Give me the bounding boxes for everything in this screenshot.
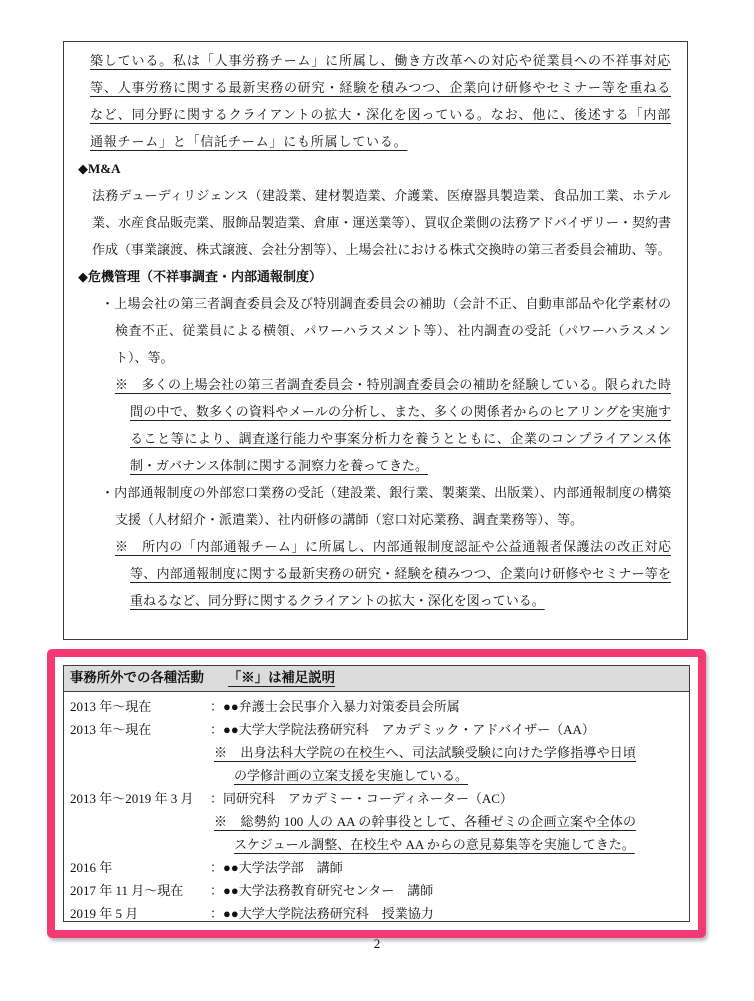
activity-row: 2013 年～現在 ：●●弁護士会民事介入暴力対策委員会所属 [64,695,689,718]
activity-row: 2013 年～現在 ：●●大学大学院法務研究科 アカデミック・アドバイザー（AA… [64,718,689,741]
continuation-paragraph: 築している。私は「人事労務チーム」に所属し、働き方改革への対応や従業員への不祥事… [90,47,671,155]
crisis-bullet-investigation: ・上場会社の第三者調査委員会及び特別調査委員会の補助（会計不正、自動車部品や化学… [78,290,671,371]
activities-header: 事務所外での各種活動「※」は補足説明 [64,666,689,692]
activity-period: 2013 年～現在 [70,718,210,741]
activity-description-text: ●●大学大学院法務研究科 授業協力 [223,906,434,921]
activity-period: 2013 年～2019 年 3 月 [70,787,210,810]
crisis-management-heading: ◆危機管理（不祥事調査・内部通報制度） [78,263,671,290]
mna-body: 法務デューディリジェンス（建設業、建材製造業、介護業、医療器具製造業、食品加工業… [92,182,671,263]
activities-header-note: 「※」は補足説明 [228,670,335,685]
activity-row: 2019 年 5 月 ：●●大学大学院法務研究科 授業協力 [64,902,689,922]
activity-period: 2019 年 5 月 [70,902,210,922]
activity-description-text: ●●大学法務教育研究センター 講師 [223,883,433,898]
activity-description: ：●●弁護士会民事介入暴力対策委員会所属 [210,695,689,718]
activity-description: ：●●大学法学部 講師 [210,856,689,879]
activity-description: ：●●大学法務教育研究センター 講師 [210,879,689,902]
activity-period: 2016 年 [70,856,210,879]
activity-row: 2017 年 11 月～現在 ：●●大学法務教育研究センター 講師 [64,879,689,902]
activity-description-text: 同研究科 アカデミー・コーディネーター（AC） [223,791,513,806]
activity-description-text: ●●大学法学部 講師 [223,860,343,875]
crisis-bullet-whistleblowing: ・内部通報制度の外部窓口業務の受託（建設業、銀行業、製薬業、出版業）、内部通報制… [78,479,671,533]
activity-separator: ： [210,883,223,898]
activity-period: 2017 年 11 月～現在 [70,879,210,902]
activity-note: ※ 出身法科大学院の在校生へ、司法試験受験に向けた学修指導や日頃の学修計画の立案… [210,741,636,787]
activity-description: ：同研究科 アカデミー・コーディネーター（AC） [210,787,689,810]
activity-row: 2013 年～2019 年 3 月 ：同研究科 アカデミー・コーディネーター（A… [64,787,689,810]
page-number: 2 [0,936,754,952]
activity-description-text: ●●大学大学院法務研究科 アカデミック・アドバイザー（AA） [223,722,595,737]
activities-box: 事務所外での各種活動「※」は補足説明 2013 年～現在 ：●●弁護士会民事介入… [63,665,690,922]
activity-description: ：●●大学大学院法務研究科 アカデミック・アドバイザー（AA） [210,718,689,741]
activity-row: 2016 年 ：●●大学法学部 講師 [64,856,689,879]
crisis-note-whistleblowing: ※ 所内の「内部通報チーム」に所属し、内部通報制度認証や公益通報者保護法の改正対… [78,533,671,614]
activity-separator: ： [210,860,223,875]
activity-description: ：●●大学大学院法務研究科 授業協力 [210,902,689,922]
practice-details-box: 築している。私は「人事労務チーム」に所属し、働き方改革への対応や従業員への不祥事… [63,41,688,640]
crisis-note-investigation: ※ 多くの上場会社の第三者調査委員会・特別調査委員会の補助を経験している。限られ… [78,371,671,479]
activities-header-title: 事務所外での各種活動 [70,670,204,685]
activity-separator: ： [210,906,223,921]
activity-period: 2013 年～現在 [70,695,210,718]
activity-separator: ： [210,699,223,714]
mna-heading: ◆M&A [78,155,671,182]
activities-rows: 2013 年～現在 ：●●弁護士会民事介入暴力対策委員会所属 2013 年～現在… [64,692,689,922]
activity-note: ※ 総勢約 100 人の AA の幹事役として、各種ゼミの企画立案や全体のスケジ… [210,810,636,856]
activity-description-text: ●●弁護士会民事介入暴力対策委員会所属 [223,699,460,714]
activity-separator: ： [210,791,223,806]
activity-separator: ： [210,722,223,737]
